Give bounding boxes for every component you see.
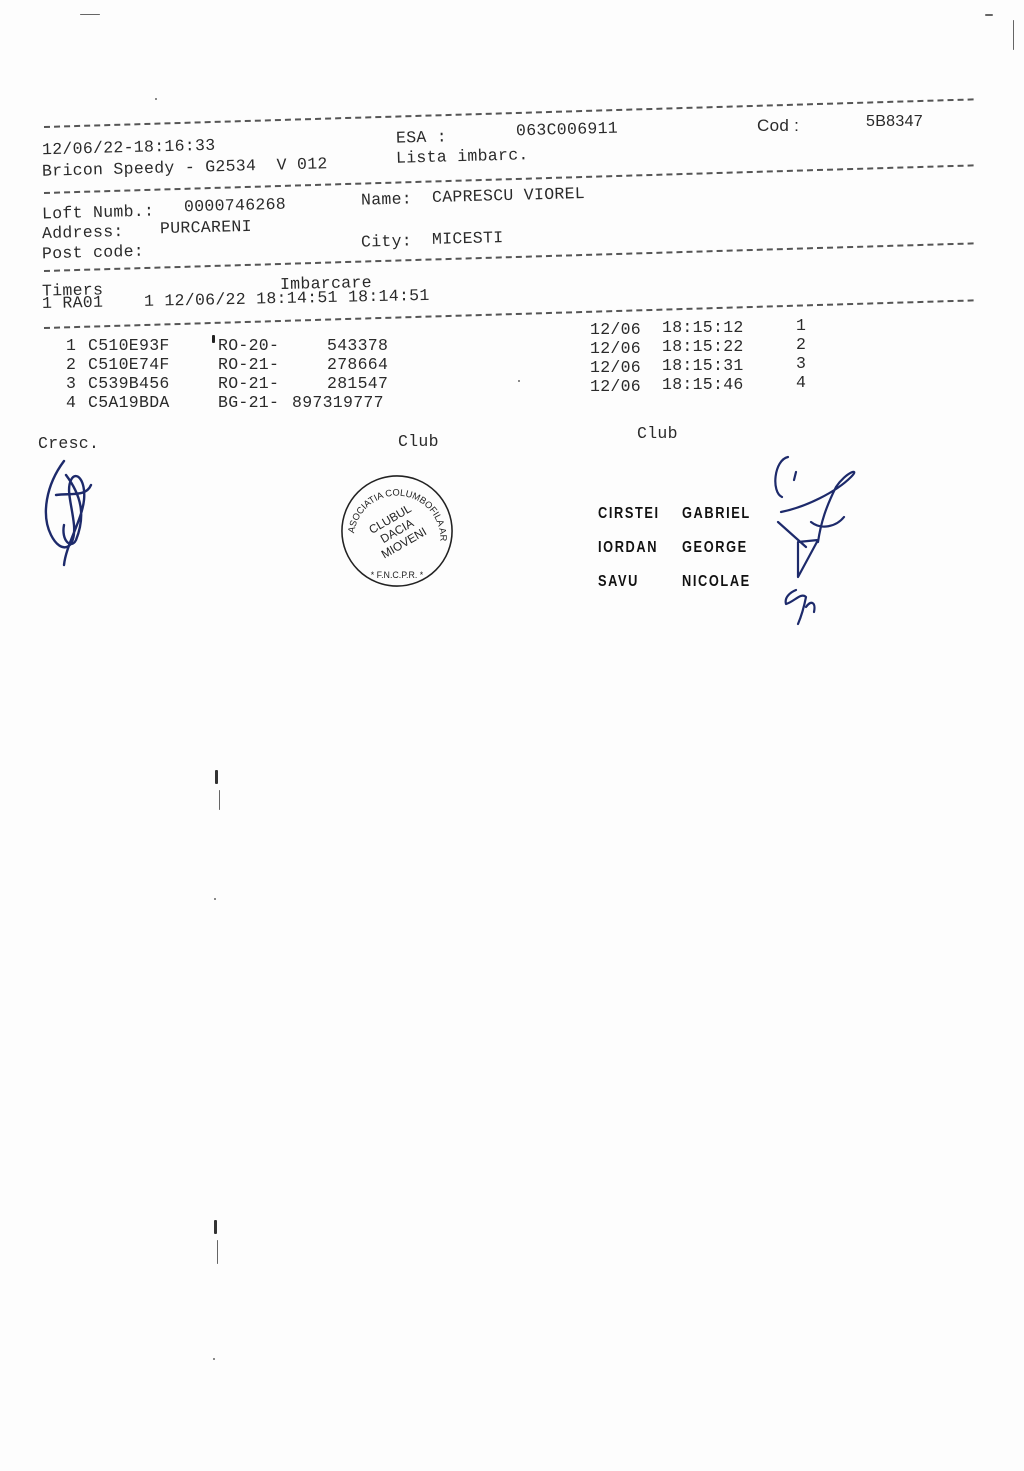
scan-artifact xyxy=(518,380,520,382)
print-datetime: 12/06/22-18:16:33 xyxy=(42,136,216,160)
scan-artifact xyxy=(217,1240,218,1264)
scan-artifact xyxy=(1013,20,1014,50)
cresc-label: Cresc. xyxy=(38,434,99,453)
bird-ring-number: 281547 xyxy=(327,374,388,393)
arrival-time: 18:15:46 xyxy=(662,375,744,394)
scan-artifact xyxy=(212,335,215,343)
bird-chip-id: C5A19BDA xyxy=(88,393,170,412)
arrival-date: 12/06 xyxy=(590,358,641,377)
committee-first-name: CIRSTEI xyxy=(598,505,660,523)
name-label: Name: xyxy=(361,189,412,209)
address-label: Address: xyxy=(42,222,124,243)
scan-artifact xyxy=(155,98,157,100)
bird-ring-prefix: RO-21- xyxy=(218,355,279,374)
scan-artifact xyxy=(80,14,100,15)
committee-signature xyxy=(766,452,876,632)
city-value: MICESTI xyxy=(432,228,504,249)
committee-first-name: SAVU xyxy=(598,573,639,591)
bird-ring-prefix: RO-21- xyxy=(218,374,279,393)
arrival-time: 18:15:12 xyxy=(662,318,744,337)
scan-artifact xyxy=(213,1358,215,1360)
bird-row-number: 1 xyxy=(66,336,76,355)
list-title: Lista imbarc. xyxy=(396,145,529,167)
cod-label: Cod : xyxy=(757,116,799,136)
committee-first-name: IORDAN xyxy=(598,539,658,557)
arrival-date: 12/06 xyxy=(590,377,641,396)
city-label: City: xyxy=(361,231,412,251)
arrival-time: 18:15:22 xyxy=(662,337,744,356)
arrival-position: 4 xyxy=(796,373,806,392)
arrival-date: 12/06 xyxy=(590,320,641,339)
scan-artifact xyxy=(985,14,993,16)
name-value: CAPRESCU VIOREL xyxy=(432,184,585,207)
bird-chip-id: C510E74F xyxy=(88,355,170,374)
committee-last-name: GABRIEL xyxy=(682,505,751,523)
bird-row-number: 4 xyxy=(66,393,76,412)
bird-ring-number: 278664 xyxy=(327,355,388,374)
bird-chip-id: C539B456 xyxy=(88,374,170,393)
esa-value: 063C006911 xyxy=(516,119,618,141)
scan-artifact xyxy=(219,790,220,810)
committee-last-name: GEORGE xyxy=(682,539,748,557)
arrival-position: 1 xyxy=(796,316,806,335)
svg-text:* F.N.C.P.R. *: * F.N.C.P.R. * xyxy=(371,570,424,580)
device-info: Bricon Speedy - G2534 V 012 xyxy=(42,154,328,180)
scan-artifact xyxy=(215,770,218,784)
arrival-position: 2 xyxy=(796,335,806,354)
bird-ring-number: 543378 xyxy=(327,336,388,355)
bird-row-number: 3 xyxy=(66,374,76,393)
bird-row-number: 2 xyxy=(66,355,76,374)
arrival-date: 12/06 xyxy=(590,339,641,358)
arrival-time: 18:15:31 xyxy=(662,356,744,375)
bird-ring-prefix: BG-21- xyxy=(218,393,279,412)
divider xyxy=(44,242,974,272)
bird-ring-number: 897319777 xyxy=(292,393,384,412)
bird-ring-prefix: RO-20- xyxy=(218,336,279,355)
document-page: 12/06/22-18:16:33 Bricon Speedy - G2534 … xyxy=(0,0,1024,1471)
scan-artifact xyxy=(214,898,216,900)
club-label: Club xyxy=(637,424,678,443)
fancier-signature xyxy=(36,455,106,575)
club-stamp: ASOCIATIA COLUMBOFILA ARGES CLUBUL DACIA… xyxy=(338,472,456,590)
divider xyxy=(44,98,974,128)
postcode-label: Post code: xyxy=(42,242,144,264)
arrival-position: 3 xyxy=(796,354,806,373)
committee-last-name: NICOLAE xyxy=(682,573,751,591)
cod-value: 5B8347 xyxy=(866,113,923,131)
bird-chip-id: C510E93F xyxy=(88,336,170,355)
address-value: PURCARENI xyxy=(160,217,252,238)
loft-label: Loft Numb.: xyxy=(42,202,155,224)
loft-value: 0000746268 xyxy=(184,195,286,217)
scan-artifact xyxy=(214,1220,217,1234)
club-label: Club xyxy=(398,432,439,451)
esa-label: ESA : xyxy=(396,127,447,147)
